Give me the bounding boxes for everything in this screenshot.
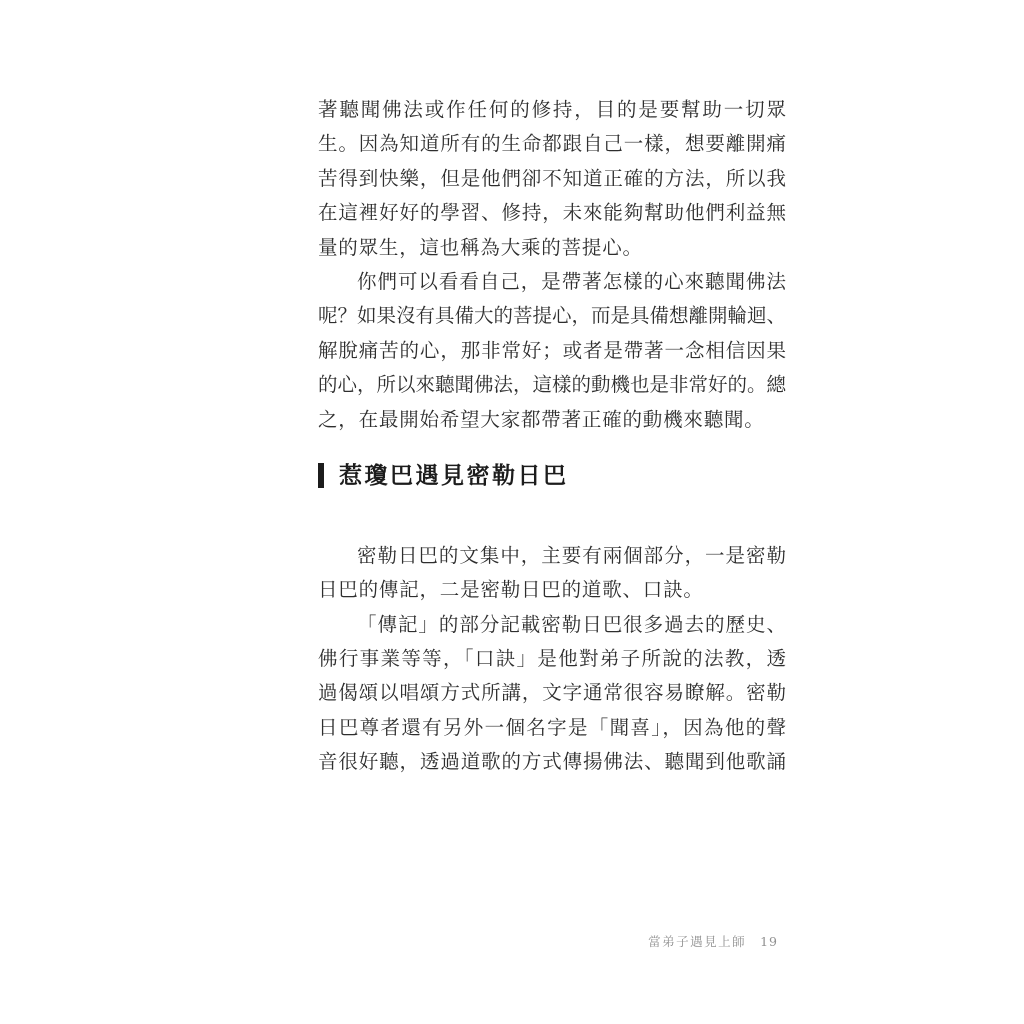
footer-page-number: 19 [760, 934, 778, 949]
body-line: 日巴的傳記，二是密勒日巴的道歌、口訣。 [318, 573, 786, 607]
text-block: 著聽聞佛法或作任何的修持，目的是要幫助一切眾 生。因為知道所有的生命都跟自己一樣… [318, 93, 786, 780]
body-line: 音很好聽，透過道歌的方式傳揚佛法、聽聞到他歌誦 [318, 745, 786, 779]
section-heading: 惹瓊巴遇見密勒日巴 [318, 461, 786, 491]
heading-bar-icon [318, 463, 324, 488]
body-line: 密勒日巴的文集中，主要有兩個部分，一是密勒 [318, 539, 786, 573]
body-line: 量的眾生，這也稱為大乘的菩提心。 [318, 231, 786, 265]
section-heading-text: 惹瓊巴遇見密勒日巴 [339, 459, 569, 493]
body-line: 著聽聞佛法或作任何的修持，目的是要幫助一切眾 [318, 93, 786, 127]
body-line: 「傳記」的部分記載密勒日巴很多過去的歷史、 [318, 608, 786, 642]
paragraph-1: 著聽聞佛法或作任何的修持，目的是要幫助一切眾 生。因為知道所有的生命都跟自己一樣… [318, 93, 786, 265]
paragraph-4: 「傳記」的部分記載密勒日巴很多過去的歷史、 佛行事業等等，「口訣」是他對弟子所說… [318, 608, 786, 780]
body-line: 在這裡好好的學習、修持，未來能夠幫助他們利益無 [318, 196, 786, 230]
body-line: 之，在最開始希望大家都帶著正確的動機來聽聞。 [318, 403, 786, 437]
body-line: 苦得到快樂，但是他們卻不知道正確的方法，所以我 [318, 162, 786, 196]
body-line: 你們可以看看自己，是帶著怎樣的心來聽聞佛法 [318, 265, 786, 299]
body-line: 的心，所以來聽聞佛法，這樣的動機也是非常好的。總 [318, 368, 786, 402]
paragraph-2: 你們可以看看自己，是帶著怎樣的心來聽聞佛法 呢？如果沒有具備大的菩提心，而是具備… [318, 265, 786, 437]
paragraph-3: 密勒日巴的文集中，主要有兩個部分，一是密勒 日巴的傳記，二是密勒日巴的道歌、口訣… [318, 539, 786, 608]
body-line: 呢？如果沒有具備大的菩提心，而是具備想離開輪迴、 [318, 299, 786, 333]
body-line: 生。因為知道所有的生命都跟自己一樣，想要離開痛 [318, 127, 786, 161]
body-line: 日巴尊者還有另外一個名字是「聞喜」，因為他的聲 [318, 711, 786, 745]
running-footer: 當弟子遇見上師19 [648, 932, 778, 950]
body-line: 過偈頌以唱頌方式所講，文字通常很容易瞭解。密勒 [318, 676, 786, 710]
body-line: 佛行事業等等，「口訣」是他對弟子所說的法教，透 [318, 642, 786, 676]
body-line: 解脫痛苦的心，那非常好；或者是帶著一念相信因果 [318, 334, 786, 368]
book-page: 著聽聞佛法或作任何的修持，目的是要幫助一切眾 生。因為知道所有的生命都跟自己一樣… [0, 0, 1024, 1024]
footer-book-title: 當弟子遇見上師 [648, 934, 746, 949]
